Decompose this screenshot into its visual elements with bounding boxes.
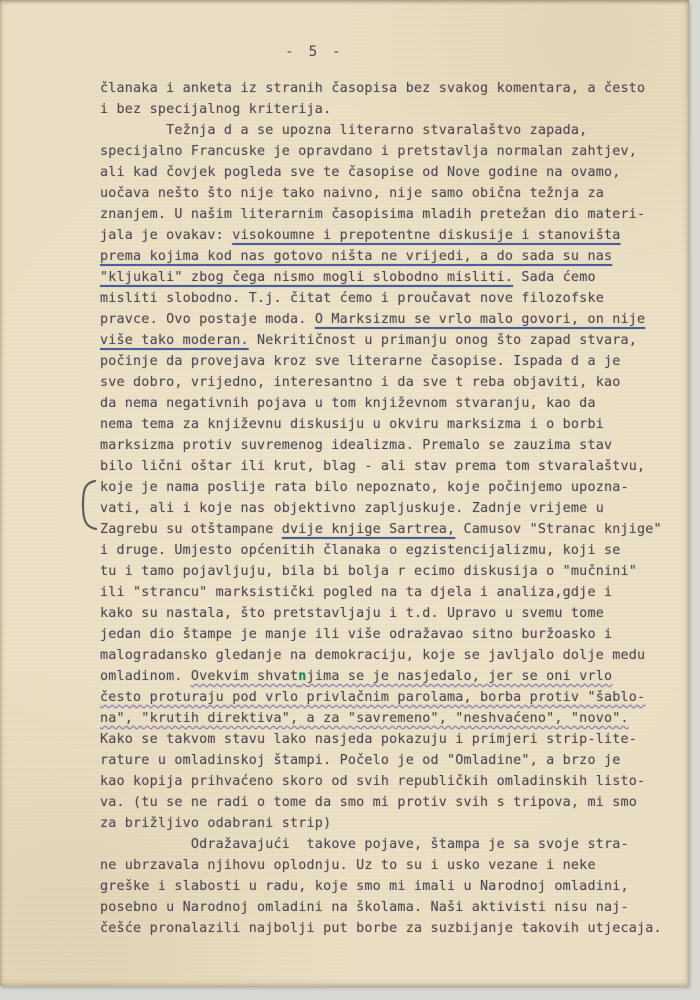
text-segment: pravce. Ovo postaje moda. [100,312,315,327]
text-segment: počinje da provejava kroz sve literarne … [100,354,621,369]
text-segment: Odražavajući takove pojave, štampa je sa… [100,837,629,852]
text-line: sve dobro, vrijedno, interesantno i da s… [100,372,666,393]
text-segment: misliti slobodno. T.j. čitat ćemo i prou… [100,291,604,306]
text-line: Kako se takvom stavu lako nasjeda pokazu… [100,729,666,750]
text-line: malogradansko gledanje na demokraciju, k… [100,645,666,666]
text-line: da nema negativnih pojava u tom književn… [100,393,666,414]
text-segment: posebno u Narodnoj omladini na školama. … [100,900,629,915]
text-segment: specijalno Francuske je opravdano i pret… [100,144,637,159]
text-segment: na", "krutih direktiva", a za "savremeno… [100,711,629,726]
text-line: ali kad čovjek pogleda sve te časopise o… [100,162,666,183]
text-segment: jala je ovakav: [100,228,232,243]
text-segment: O Marksizmu se vrlo malo govori, on nije [315,312,645,327]
text-segment: za brižljivo odabrani strip) [100,816,331,831]
margin-bracket-annotation [80,479,98,531]
text-segment: rature u omladinskoj štampi. Počelo je o… [100,753,621,768]
text-line: ne ubrzavala njihovu oplodnju. Uz to su … [100,855,666,876]
text-line: i druge. Umjesto općenitih članaka o egz… [100,540,666,561]
text-segment: i druge. Umjesto općenitih članaka o egz… [100,543,621,558]
text-line: za brižljivo odabrani strip) [100,813,666,834]
text-line: rature u omladinskoj štampi. Počelo je o… [100,750,666,771]
text-line: va. (tu se ne radi o tome da smo mi prot… [100,792,666,813]
text-segment: omladinom. [100,669,191,684]
text-segment: malogradansko gledanje na demokraciju, k… [100,648,645,663]
text-segment: koje je nama poslije rata bilo nepoznato… [100,480,629,495]
text-line: vati, ali i koje nas objektivno zapljusk… [100,498,666,519]
text-line: na", "krutih direktiva", a za "savremeno… [100,708,666,729]
text-line: kako su nastala, što pretstavljaju i t.d… [100,603,666,624]
text-segment: ali kad čovjek pogleda sve te časopise o… [100,165,621,180]
text-line: "kljukali" zbog čega nismo mogli slobodn… [100,267,666,288]
text-segment: češće pronalazili najbolji put borbe za … [100,921,662,936]
text-line: jala je ovakav: visokoumne i prepotentne… [100,225,666,246]
text-line: uočava nešto što nije tako naivno, nije … [100,183,666,204]
text-line: Težnja d a se upozna literarno stvaralaš… [100,120,666,141]
text-segment: kako su nastala, što pretstavljaju i t.d… [100,606,604,621]
text-segment: uočava nešto što nije tako naivno, nije … [100,186,604,201]
text-segment: sve dobro, vrijedno, interesantno i da s… [100,375,621,390]
text-line: ili "strancu" marksistički pogled na ta … [100,582,666,603]
text-line: često proturaju pod vrlo privlačnim paro… [100,687,666,708]
text-segment: Camusov "Stranac knjige" [455,522,662,537]
text-segment: "kljukali" zbog čega nismo mogli slobodn… [100,270,513,285]
text-segment: Ovekvim shvat [191,669,298,684]
text-segment: često proturaju pod vrlo privlačnim paro… [100,690,645,705]
text-segment: i bez specijalnog kriterija. [100,102,331,117]
text-line: i bez specijalnog kriterija. [100,99,666,120]
text-line: omladinom. Ovekvim shvatnjima se je nasj… [100,666,666,687]
text-line: marksizma protiv suvremenog idealizma. P… [100,435,666,456]
bracket-stroke-icon [80,479,98,531]
text-segment: prema kojima kod nas gotovo ništa ne vri… [100,249,612,264]
text-line: misliti slobodno. T.j. čitat ćemo i prou… [100,288,666,309]
text-segment: marksizma protiv suvremenog idealizma. P… [100,438,612,453]
text-segment: Zagrebu su otštampane [100,522,282,537]
scanned-paper-page: - 5 - članaka i anketa iz stranih časopi… [0,0,689,986]
page-number: - 5 - [285,44,344,60]
text-segment: nema tema za književnu diskusiju u okvir… [100,417,604,432]
text-line: kao kopija prihvaćeno skoro od svih repu… [100,771,666,792]
text-line: greške i slabosti u radu, koje smo mi im… [100,876,666,897]
text-segment: jima se je nasjedalo, jer se oni vrlo [307,669,613,684]
text-line: znanjem. U našim literarnim časopisima m… [100,204,666,225]
text-segment: da nema negativnih pojava u tom književn… [100,396,596,411]
text-segment: bilo lični oštar ili krut, blag - ali st… [100,459,645,474]
text-line: počinje da provejava kroz sve literarne … [100,351,666,372]
text-line: specijalno Francuske je opravdano i pret… [100,141,666,162]
text-line: članaka i anketa iz stranih časopisa bez… [100,78,666,99]
text-line: više tako moderan. Nekritičnost u priman… [100,330,666,351]
text-segment: tu i tamo pojavljuju, bila bi bolja r ec… [100,564,637,579]
text-line: Odražavajući takove pojave, štampa je sa… [100,834,666,855]
text-segment: vati, ali i koje nas objektivno zapljusk… [100,501,604,516]
text-line: Zagrebu su otštampane dvije knjige Sartr… [100,519,666,540]
text-line: tu i tamo pojavljuju, bila bi bolja r ec… [100,561,666,582]
text-segment: va. (tu se ne radi o tome da smo mi prot… [100,795,637,810]
text-line: jedan dio štampe je manje ili više odraž… [100,624,666,645]
text-line: nema tema za književnu diskusiju u okvir… [100,414,666,435]
text-segment: članaka i anketa iz stranih časopisa bez… [100,81,645,96]
text-segment: Sada ćemo [513,270,596,285]
green-ink-correction: n [298,669,306,684]
text-line: prema kojima kod nas gotovo ništa ne vri… [100,246,666,267]
text-line: posebno u Narodnoj omladini na školama. … [100,897,666,918]
text-segment: Težnja d a se upozna literarno stvaralaš… [100,123,587,138]
text-segment: Kako se takvom stavu lako nasjeda pokazu… [100,732,637,747]
text-segment: znanjem. U našim literarnim časopisima m… [100,207,645,222]
text-segment: ili "strancu" marksistički pogled na ta … [100,585,612,600]
document-body: članaka i anketa iz stranih časopisa bez… [100,78,666,939]
text-segment: Nekritičnost u primanju onog što zapad s… [249,333,637,348]
text-segment: ne ubrzavala njihovu oplodnju. Uz to su … [100,858,596,873]
text-segment: greške i slabosti u radu, koje smo mi im… [100,879,629,894]
text-segment: kao kopija prihvaćeno skoro od svih repu… [100,774,645,789]
text-line: pravce. Ovo postaje moda. O Marksizmu se… [100,309,666,330]
text-line: češće pronalazili najbolji put borbe za … [100,918,666,939]
text-segment: dvije knjige Sartrea, [282,522,456,537]
text-line: koje je nama poslije rata bilo nepoznato… [100,477,666,498]
text-segment: više tako moderan. [100,333,249,348]
text-segment: jedan dio štampe je manje ili više odraž… [100,627,612,642]
text-segment: visokoumne i prepotentne diskusije i sta… [232,228,620,243]
text-line: bilo lični oštar ili krut, blag - ali st… [100,456,666,477]
